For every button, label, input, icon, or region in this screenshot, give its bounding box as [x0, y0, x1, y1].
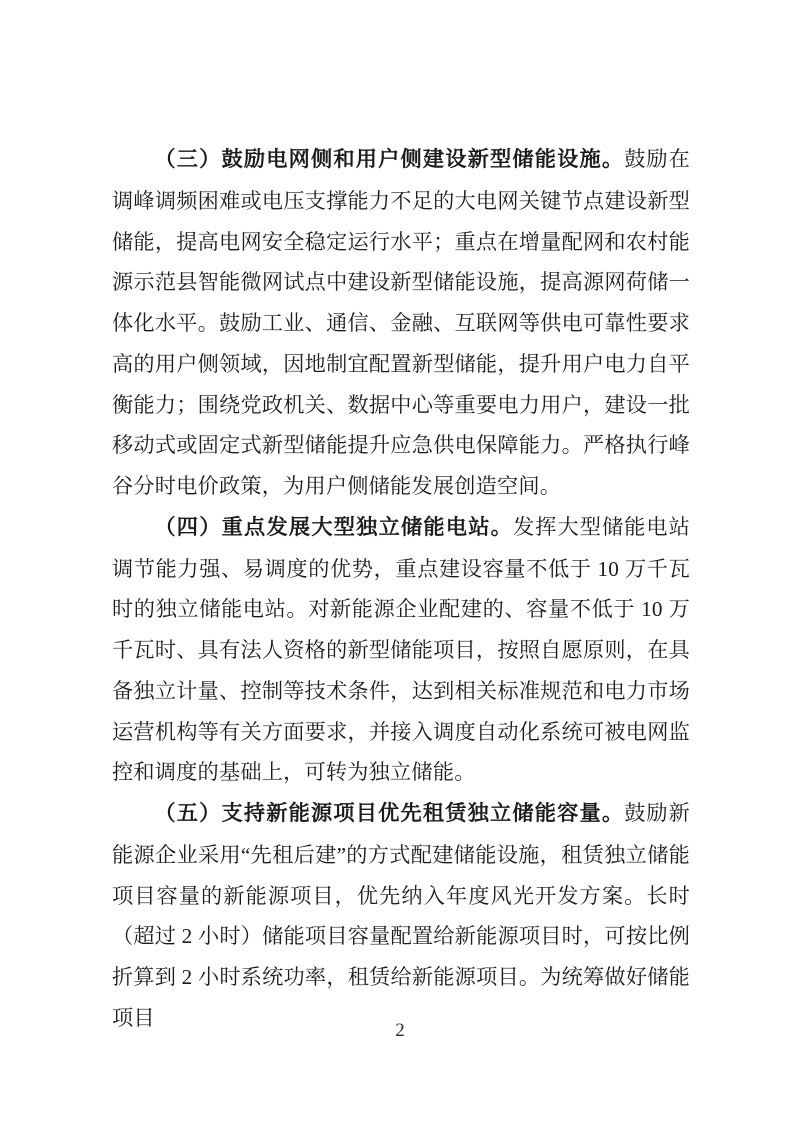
- section-5-heading: （五）支持新能源项目优先租赁独立储能容量。: [154, 802, 624, 825]
- document-page: （三）鼓励电网侧和用户侧建设新型储能设施。鼓励在调峰调频困难或电压支撑能力不足的…: [0, 0, 800, 1131]
- section-3-heading: （三）鼓励电网侧和用户侧建设新型储能设施。: [154, 148, 624, 171]
- paragraph-section-5: （五）支持新能源项目优先租赁独立储能容量。鼓励新能源企业采用“先租后建”的方式配…: [112, 793, 690, 1039]
- section-5-body-text: 鼓励新能源企业采用“先租后建”的方式配建储能设施，租赁独立储能项目容量的新能源项…: [112, 801, 690, 1030]
- section-4-heading: （四）重点发展大型独立储能电站。: [154, 516, 513, 539]
- document-body: （三）鼓励电网侧和用户侧建设新型储能设施。鼓励在调峰调频困难或电压支撑能力不足的…: [112, 139, 690, 1039]
- paragraph-section-3: （三）鼓励电网侧和用户侧建设新型储能设施。鼓励在调峰调频困难或电压支撑能力不足的…: [112, 139, 690, 507]
- paragraph-section-4: （四）重点发展大型独立储能电站。发挥大型储能电站调节能力强、易调度的优势，重点建…: [112, 507, 690, 793]
- page-number: 2: [0, 1020, 800, 1042]
- section-3-body-text: 鼓励在调峰调频困难或电压支撑能力不足的大电网关键节点建设新型储能，提高电网安全稳…: [112, 147, 690, 498]
- section-4-body-text: 发挥大型储能电站调节能力强、易调度的优势，重点建设容量不低于 10 万千瓦时的独…: [112, 515, 690, 785]
